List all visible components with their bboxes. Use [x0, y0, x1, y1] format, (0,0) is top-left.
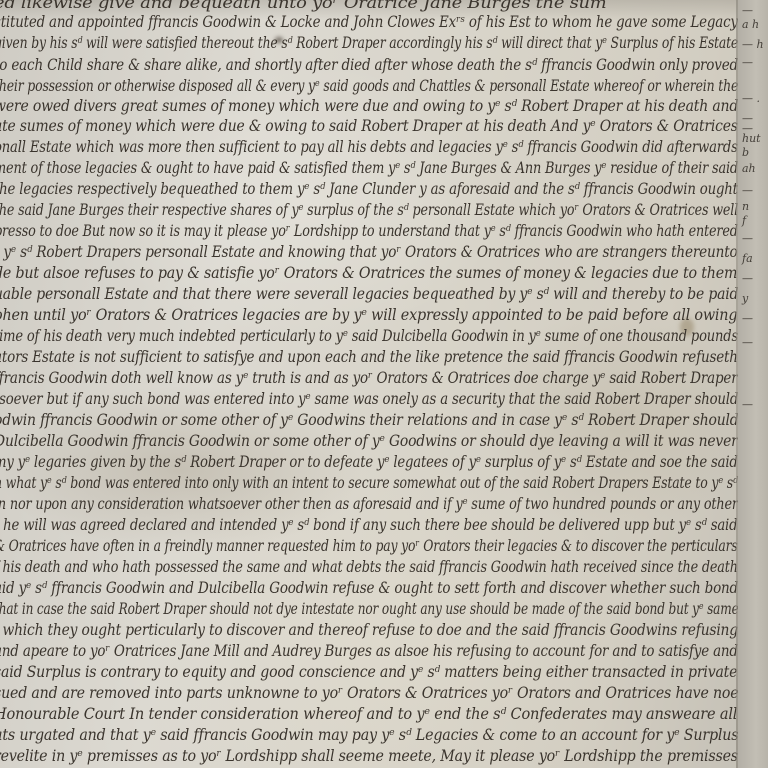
margin-note: ah [742, 162, 756, 175]
manuscript-line: revelite in yᵉ premisses as to yoʳ Lords… [0, 747, 738, 765]
manuscript-line: my yᵉ legaries given by the sᵈ Robert Dr… [0, 453, 738, 471]
manuscript-line: f his death and who hath possessed the s… [0, 558, 738, 576]
manuscript-line: ats urgated and that yᵉ said ffrancis Go… [0, 726, 738, 744]
manuscript-line: said Surplus is contrary to equity and g… [0, 663, 737, 681]
manuscript-line: ohen until yoʳ Orators & Oratrices legac… [0, 306, 737, 324]
manuscript-line: that in case the said Robert Draper shou… [0, 600, 739, 618]
manuscript-line: n what yᵉ sᵈ bond was entered into only … [0, 474, 738, 492]
margin-note: — [742, 272, 753, 285]
manuscript-line: and apeare to yoʳ Oratrices Jane Mill an… [0, 642, 738, 660]
manuscript-line: de but alsoe refuses to pay & satisfie y… [0, 264, 737, 282]
margin-note: n [742, 200, 749, 213]
manuscript-line: stituted and appointed ffrancis Goodwin … [0, 13, 738, 31]
margin-note: hut [742, 132, 761, 145]
manuscript-line: t yᵉ sᵈ Robert Drapers personall Estate … [0, 243, 738, 261]
manuscript-line: in nor upon any consideration whatsoever… [0, 495, 738, 513]
manuscript-line: tsoever but if any such bond was entered… [0, 390, 738, 408]
manuscript-line: ed likewise give and bequeath unto yoʳ O… [0, 0, 606, 12]
manuscript-line: ment of those legacies & ought to have p… [0, 159, 738, 177]
manuscript-line: the said Jane Burges their respective sh… [0, 201, 738, 219]
margin-note: — [742, 336, 753, 349]
manuscript-line: t he will was agreed declared and intend… [0, 516, 737, 534]
manuscript-line: l which they ought perticularly to disco… [0, 621, 738, 639]
manuscript-line: ffrancis Goodwin doth well know as yᵉ tr… [0, 369, 737, 387]
manuscript-line: Honourable Court In tender consideration… [0, 705, 737, 723]
manuscript-line: onall Estate which was more then suffici… [0, 138, 738, 156]
manuscript-page: ed likewise give and bequeath unto yoʳ O… [0, 0, 768, 768]
margin-note: a h [742, 18, 759, 31]
manuscript-line: aid yᵉ sᵈ ffrancis Goodwin and Dulcibell… [0, 579, 738, 597]
margin-note: fa [742, 252, 753, 265]
manuscript-line: their possession or otherwise disposed a… [0, 77, 738, 95]
margin-note: — [742, 312, 753, 325]
margin-note: — [742, 56, 753, 69]
manuscript-line: to each Child share & share alike, and s… [0, 56, 738, 74]
manuscript-line: sued and are removed into parts unknowne… [0, 684, 738, 702]
manuscript-line: were owed divers great sumes of money wh… [0, 97, 738, 115]
margin-note: — [742, 184, 753, 197]
manuscript-line: given by his sᵈ will were satisfied ther… [0, 34, 738, 52]
manuscript-line: time of his death very much indebted per… [0, 327, 738, 345]
manuscript-line: the legacies respectively bequeathed to … [0, 180, 738, 198]
manuscript-line: ate sumes of money which were due & owin… [0, 117, 738, 135]
manuscript-line: ators Estate is not sufficient to satisf… [0, 348, 738, 366]
manuscript-line: presso to doe But now so it is may it pl… [0, 222, 738, 240]
manuscript-line: odwin ffrancis Goodwin or some other of … [0, 411, 739, 429]
margin-note: f [742, 214, 746, 227]
manuscript-line: & Oratrices have often in a freindly man… [0, 537, 738, 555]
manuscript-line: Dulcibella Goodwin ffrancis Goodwin or s… [0, 432, 738, 450]
margin-note: — . [742, 92, 760, 105]
margin-note: y [742, 292, 748, 305]
margin-note: — [742, 398, 753, 411]
manuscript-line: uable personall Estate and that there we… [0, 285, 738, 303]
margin-note: — h [742, 38, 764, 51]
margin-note: — [742, 232, 753, 245]
margin-note: b [742, 146, 749, 159]
margin-note: — [742, 4, 753, 17]
